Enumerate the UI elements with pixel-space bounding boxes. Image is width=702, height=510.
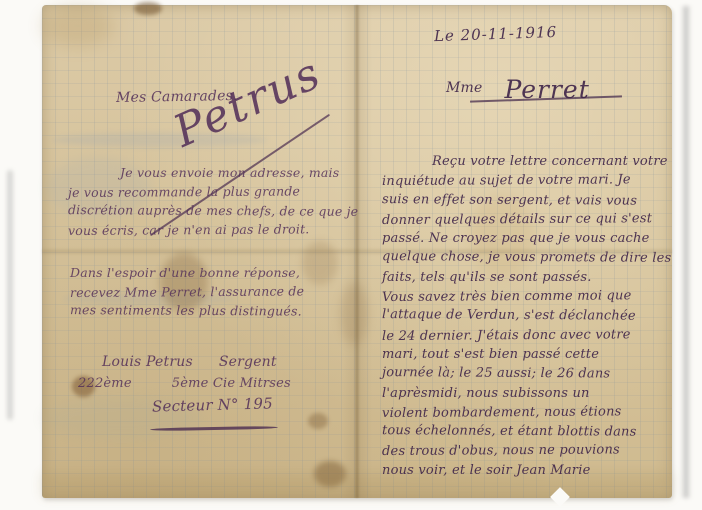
signature-name-line: Louis PetrusSergent (102, 354, 277, 370)
handwritten-line: passé. Ne croyez pas que je vous cache (382, 229, 684, 248)
handwritten-line: inquiétude au sujet de votre mari. Je (382, 170, 684, 191)
signature-unit-line: 222ème5ème Cie Mitrses (78, 376, 291, 391)
paper-stain (42, 5, 114, 47)
handwritten-line: Je vous envoie mon adresse, mais (68, 163, 368, 182)
handwritten-line: des trous d'obus, nous ne pouvions (382, 440, 684, 461)
handwritten-line: mes sentiments les plus distingués. (70, 300, 370, 321)
left-paragraph-1: Je vous envoie mon adresse, mais je vous… (68, 163, 368, 239)
handwritten-line: faits, tels qu'ils se sont passés. (382, 268, 684, 287)
handwritten-line: l'attaque de Verdun, s'est déclanchée (382, 305, 684, 326)
handwritten-line: Dans l'espoir d'une bonne réponse, (70, 263, 370, 282)
scanner-streak (7, 170, 13, 420)
handwritten-line: violent bombardement, nous étions (382, 402, 684, 423)
handwritten-line: vous écris, car je n'en ai pas le droit. (68, 219, 368, 240)
signature-regiment: 222ème (78, 376, 132, 391)
left-paragraph-2: Dans l'espoir d'une bonne réponse, recev… (70, 263, 370, 320)
handwritten-line: quelque chose, je vous promets de dire l… (382, 248, 684, 269)
handwritten-line: Vous savez très bien comme moi que (382, 286, 684, 307)
handwritten-line: tous échelonnés, et étant blottis dans (382, 421, 684, 442)
handwritten-line: je vous recommande la plus grande (68, 181, 368, 202)
signature-rank: Sergent (219, 354, 277, 370)
signature-name: Louis Petrus (102, 354, 193, 370)
letter-body: Reçu votre lettre concernant votre inqui… (382, 152, 684, 480)
salutation-title: Mme (446, 80, 483, 96)
handwritten-line: mari, tout s'est bien passé cette (382, 345, 684, 364)
handwritten-line: le 24 dernier. J'étais donc avec votre (382, 325, 684, 346)
paper-stain (308, 413, 328, 429)
handwritten-line: discrétion auprès de mes chefs, de ce qu… (68, 200, 368, 221)
handwritten-line: recevez Mme Perret, l'assurance de (70, 281, 370, 302)
letter-date: Le 20-11-1916 (434, 23, 558, 45)
handwritten-line: journée là; le 25 aussi; le 26 dans (382, 363, 684, 384)
handwritten-line: nous voir, et le soir Jean Marie (382, 461, 684, 480)
paper-stain (134, 2, 162, 15)
handwritten-line: donner quelques détails sur ce qui s'est (382, 209, 684, 230)
handwritten-line: Reçu votre lettre concernant votre (382, 152, 684, 171)
handwritten-line: l'aprèsmidi, nous subissons un (382, 384, 684, 403)
letter-paper: Mes Camarades. Petrus Je vous envoie mon… (42, 5, 672, 498)
signature-sector-line: Secteur N° 195 (152, 394, 273, 415)
scanned-letter-view: Mes Camarades. Petrus Je vous envoie mon… (0, 0, 702, 510)
signature-company: 5ème Cie Mitrses (172, 376, 291, 391)
handwritten-line: suis en effet son sergent, et vais vous (382, 190, 684, 211)
